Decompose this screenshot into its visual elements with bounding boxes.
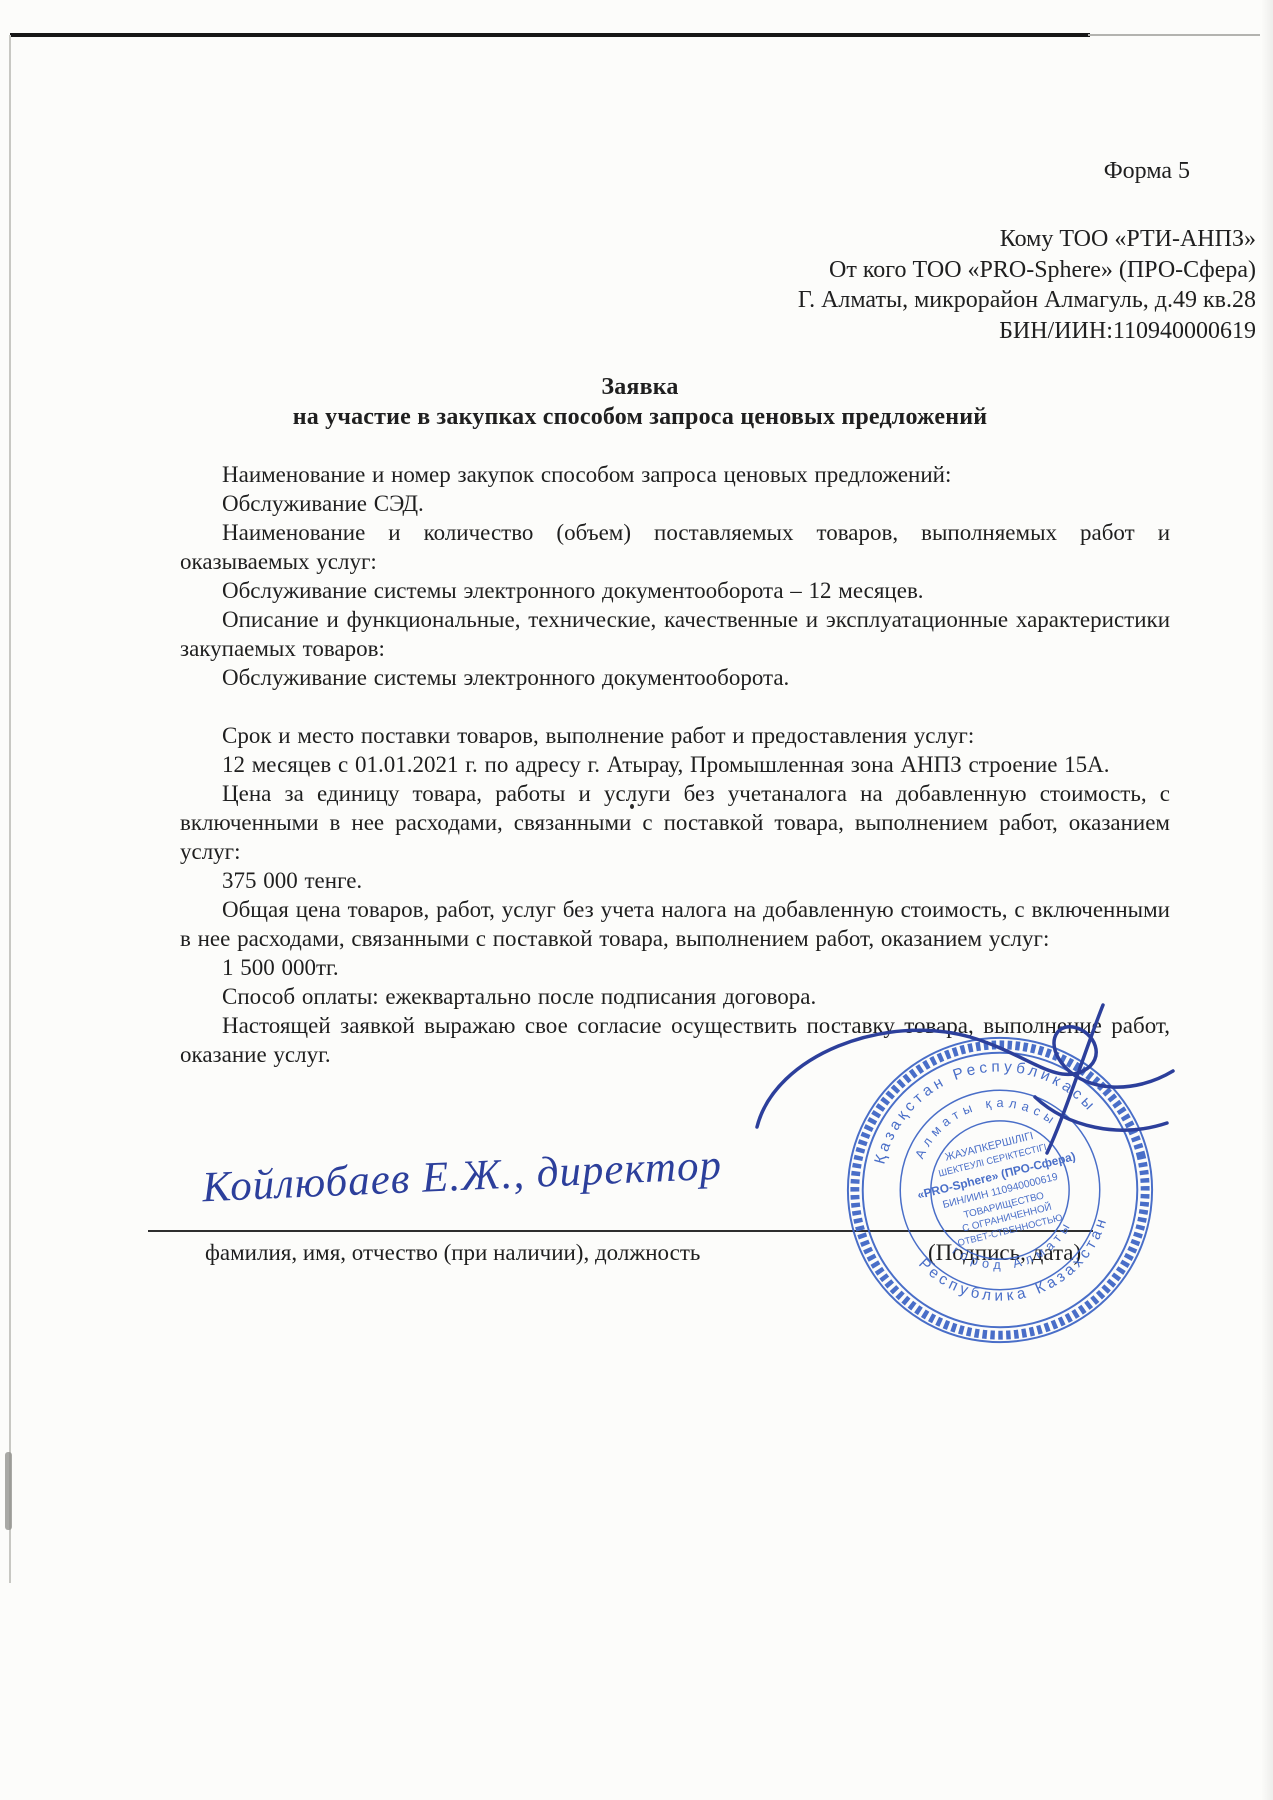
handwritten-signature: Койлюбаев Е.Ж., директор — [201, 1141, 723, 1213]
scan-artifact-top-line — [10, 33, 1090, 37]
paragraph-description-value: Обслуживание системы электронного докуме… — [180, 663, 1170, 692]
signature-caption-name: фамилия, имя, отчество (при наличии), до… — [205, 1240, 700, 1266]
paragraph-total-price-label: Общая цена товаров, работ, услуг без уче… — [180, 895, 1170, 953]
paragraph-description-label: Описание и функциональные, технические, … — [180, 605, 1170, 663]
sender-from-line: От кого ТОО «PRO-Sphere» (ПРО-Сфера) — [0, 255, 1256, 286]
recipient-block: Кому ТОО «РТИ-АНПЗ» От кого ТОО «PRO-Sph… — [0, 224, 1256, 346]
sender-bin-line: БИН/ИИН:110940000619 — [0, 316, 1256, 347]
signature-flourish — [735, 975, 1215, 1205]
paragraph-quantity-label: Наименование и количество (объем) постав… — [180, 518, 1170, 576]
paragraph-term-place-label: Срок и место поставки товаров, выполнени… — [180, 721, 1170, 750]
scanned-document-page: Форма 5 Кому ТОО «РТИ-АНПЗ» От кого ТОО … — [0, 0, 1273, 1800]
title-line-1: Заявка — [140, 372, 1140, 402]
document-title: Заявка на участие в закупках способом за… — [140, 372, 1140, 432]
paragraph-purchase-name-value: Обслуживание СЭД. — [180, 489, 1170, 518]
sender-address-line: Г. Алматы, микрорайон Алмагуль, д.49 кв.… — [0, 285, 1256, 316]
form-number-label: Форма 5 — [0, 158, 1190, 185]
paragraph-purchase-name-label: Наименование и номер закупок способом за… — [180, 460, 1170, 489]
paragraph-unit-price-label: Цена за единицу товара, работы и услуги … — [180, 779, 1170, 866]
scan-artifact-top-line-2 — [1088, 34, 1260, 36]
paragraph-quantity-value: Обслуживание системы электронного докуме… — [180, 576, 1170, 605]
scan-artifact-smudge — [5, 1452, 12, 1530]
recipient-to-line: Кому ТОО «РТИ-АНПЗ» — [0, 224, 1256, 255]
title-line-2: на участие в закупках способом запроса ц… — [140, 402, 1140, 432]
scan-artifact-right-shade — [1261, 0, 1273, 1800]
paragraph-term-place-value: 12 месяцев с 01.01.2021 г. по адресу г. … — [180, 750, 1170, 779]
paragraph-unit-price-value: 375 000 тенге. — [180, 866, 1170, 895]
